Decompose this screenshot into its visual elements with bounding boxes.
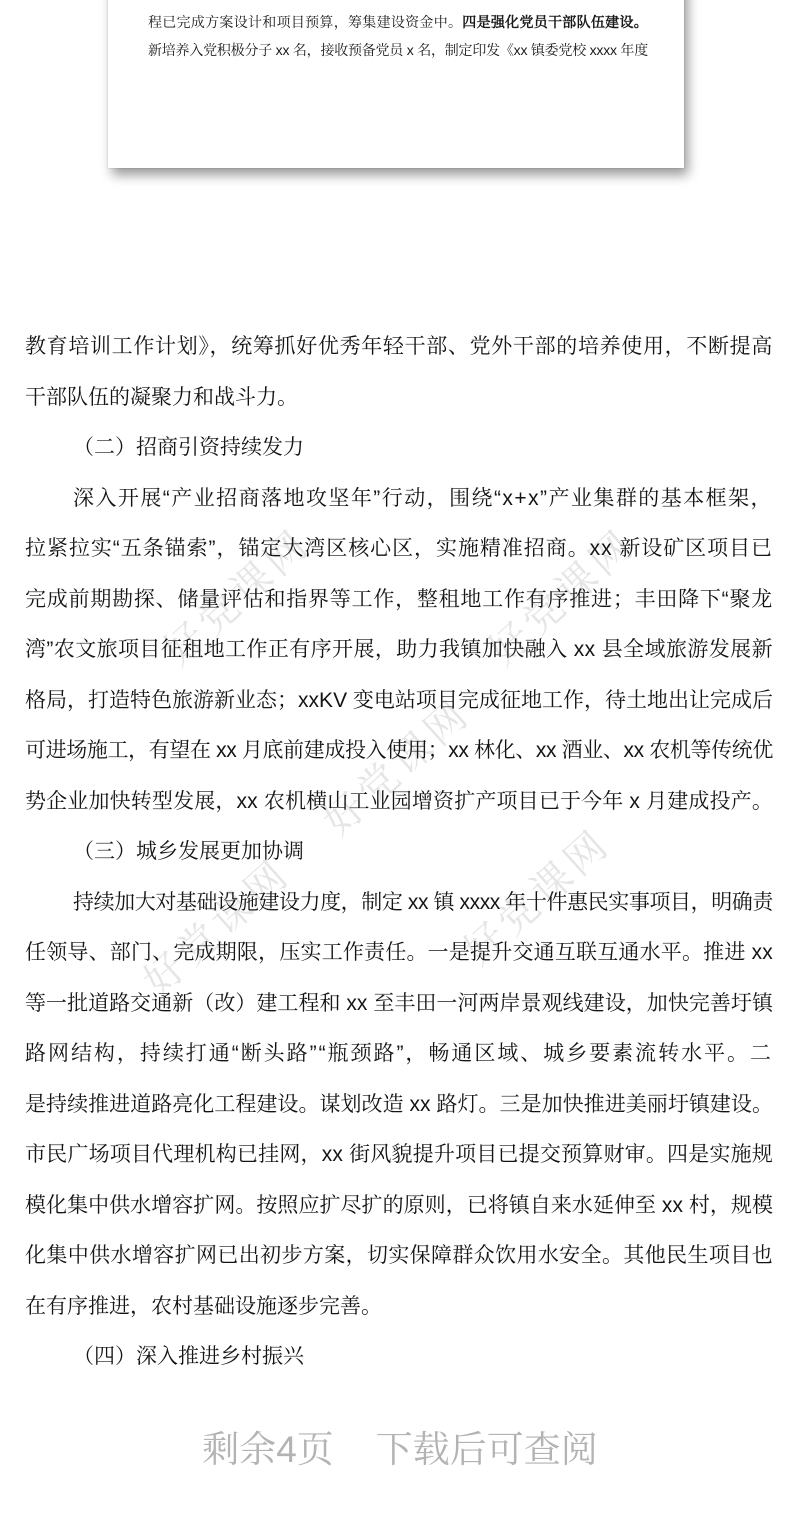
document-line-text: （四）深入推进乡村振兴: [73, 1332, 304, 1383]
document-line-text: 路网结构，持续打通“断头路”“瓶颈路”，畅通区域、城乡要素流转水平。二: [25, 1029, 773, 1080]
document-line: 势企业加快转型发展，xx 农机横山工业园增资扩产项目已于今年 x 月建成投产。: [25, 777, 773, 828]
document-line: 拉紧拉实“五条锚索”，锚定大湾区核心区，实施精准招商。xx 新设矿区项目已: [25, 524, 773, 575]
document-line-text: 等一批道路交通新（改）建工程和 xx 至丰田一河两岸景观线建设，加快完善圩镇: [25, 979, 773, 1030]
document-line-text: 持续加大对基础设施建设力度，制定 xx 镇 xxxx 年十件惠民实事项目，明确责: [73, 878, 773, 929]
document-line-text: 拉紧拉实“五条锚索”，锚定大湾区核心区，实施精准招商。xx 新设矿区项目已: [25, 524, 773, 575]
document-line-text: 完成前期勘探、储量评估和指界等工作，整租地工作有序推进；丰田降下“聚龙: [25, 575, 773, 626]
document-line-text: 是持续推进道路亮化工程建设。谋划改造 xx 路灯。三是加快推进美丽圩镇建设。: [25, 1080, 773, 1131]
prev-line1-bold: 四是强化党员干部队伍建设。: [462, 14, 648, 30]
document-line: 湾”农文旅项目征租地工作正有序开展，助力我镇加快融入 xx 县全域旅游发展新: [25, 625, 773, 676]
document-line-text: 格局，打造特色旅游新业态；xxKV 变电站项目完成征地工作，待土地出让完成后: [25, 676, 773, 727]
document-line-text: 可进场施工，有望在 xx 月底前建成投入使用；xx 林化、xx 酒业、xx 农机…: [25, 726, 773, 777]
document-line-text: （三）城乡发展更加协调: [73, 827, 304, 878]
document-line-text: 市民广场项目代理机构已挂网，xx 街风貌提升项目已提交预算财审。四是实施规: [25, 1130, 773, 1181]
prev-page-line-text: 新培养入党积极分子 xx 名，接收预备党员 x 名，制定印发《xx 镇委党校 x…: [148, 36, 648, 64]
download-hint: 下载后可查阅: [376, 1429, 598, 1470]
document-preview-page: 好党课网好党课网好党课网好党课网好党课网 程已完成方案设计和项目预算，筹集建设资…: [0, 0, 800, 1528]
document-line: 深入开展“产业招商落地攻坚年”行动，围绕“x+x”产业集群的基本框架，: [25, 474, 773, 525]
previous-page-card: 程已完成方案设计和项目预算，筹集建设资金中。四是强化党员干部队伍建设。 新培养入…: [108, 0, 684, 168]
document-line: 教育培训工作计划》，统筹抓好优秀年轻干部、党外干部的培养使用，不断提高: [25, 322, 773, 373]
document-line-text: 化集中供水增容扩网已出初步方案，切实保障群众饮用水安全。其他民生项目也: [25, 1231, 773, 1282]
prev-page-line-text: 程已完成方案设计和项目预算，筹集建设资金中。四是强化党员干部队伍建设。: [148, 8, 648, 36]
document-line: 模化集中供水增容扩网。按照应扩尽扩的原则，已将镇自来水延伸至 xx 村，规模: [25, 1181, 773, 1232]
document-line: 市民广场项目代理机构已挂网，xx 街风貌提升项目已提交预算财审。四是实施规: [25, 1130, 773, 1181]
document-line-text: 势企业加快转型发展，xx 农机横山工业园增资扩产项目已于今年 x 月建成投产。: [25, 777, 773, 828]
document-line: （三）城乡发展更加协调: [25, 827, 773, 878]
remaining-pages-notice: 剩余4页下载后可查阅: [0, 1424, 800, 1476]
document-line: 化集中供水增容扩网已出初步方案，切实保障群众饮用水安全。其他民生项目也: [25, 1231, 773, 1282]
document-line: 任领导、部门、完成期限，压实工作责任。一是提升交通互联互通水平。推进 xx: [25, 928, 773, 979]
document-line: 完成前期勘探、储量评估和指界等工作，整租地工作有序推进；丰田降下“聚龙: [25, 575, 773, 626]
document-line-text: 湾”农文旅项目征租地工作正有序开展，助力我镇加快融入 xx 县全域旅游发展新: [25, 625, 773, 676]
document-line: 路网结构，持续打通“断头路”“瓶颈路”，畅通区域、城乡要素流转水平。二: [25, 1029, 773, 1080]
document-line: 在有序推进，农村基础设施逐步完善。: [25, 1282, 773, 1333]
document-line-text: 模化集中供水增容扩网。按照应扩尽扩的原则，已将镇自来水延伸至 xx 村，规模: [25, 1181, 773, 1232]
previous-page-text: 程已完成方案设计和项目预算，筹集建设资金中。四是强化党员干部队伍建设。 新培养入…: [148, 8, 648, 64]
document-line: （四）深入推进乡村振兴: [25, 1332, 773, 1383]
document-line: 持续加大对基础设施建设力度，制定 xx 镇 xxxx 年十件惠民实事项目，明确责: [25, 878, 773, 929]
document-line-text: 任领导、部门、完成期限，压实工作责任。一是提升交通互联互通水平。推进 xx: [25, 928, 773, 979]
document-line-text: 在有序推进，农村基础设施逐步完善。: [25, 1282, 382, 1333]
document-line-text: 深入开展“产业招商落地攻坚年”行动，围绕“x+x”产业集群的基本框架，: [73, 474, 773, 525]
document-body: 教育培训工作计划》，统筹抓好优秀年轻干部、党外干部的培养使用，不断提高干部队伍的…: [25, 322, 773, 1383]
document-line: 是持续推进道路亮化工程建设。谋划改造 xx 路灯。三是加快推进美丽圩镇建设。: [25, 1080, 773, 1131]
prev-line1-regular: 程已完成方案设计和项目预算，筹集建设资金中。: [148, 14, 462, 30]
document-line: 等一批道路交通新（改）建工程和 xx 至丰田一河两岸景观线建设，加快完善圩镇: [25, 979, 773, 1030]
document-line-text: 教育培训工作计划》，统筹抓好优秀年轻干部、党外干部的培养使用，不断提高: [25, 322, 773, 373]
document-line-text: （二）招商引资持续发力: [73, 423, 304, 474]
document-line-text: 干部队伍的凝聚力和战斗力。: [25, 373, 298, 424]
remaining-pages-count: 剩余4页: [202, 1429, 334, 1470]
document-line: 可进场施工，有望在 xx 月底前建成投入使用；xx 林化、xx 酒业、xx 农机…: [25, 726, 773, 777]
prev-page-line: 程已完成方案设计和项目预算，筹集建设资金中。四是强化党员干部队伍建设。: [148, 8, 648, 36]
prev-page-line: 新培养入党积极分子 xx 名，接收预备党员 x 名，制定印发《xx 镇委党校 x…: [148, 36, 648, 64]
document-line: 格局，打造特色旅游新业态；xxKV 变电站项目完成征地工作，待土地出让完成后: [25, 676, 773, 727]
document-line: 干部队伍的凝聚力和战斗力。: [25, 373, 773, 424]
document-line: （二）招商引资持续发力: [25, 423, 773, 474]
